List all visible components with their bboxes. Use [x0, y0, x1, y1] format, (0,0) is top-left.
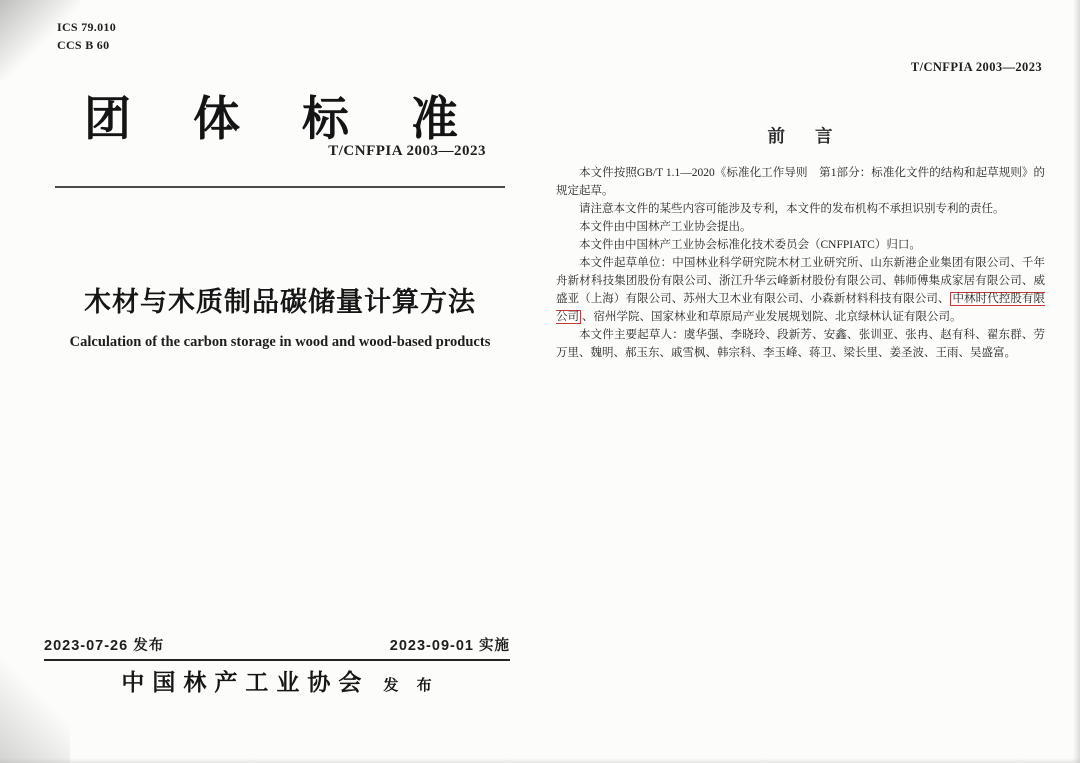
publisher-name: 中国林产工业协会: [121, 669, 369, 695]
ics-code: ICS 79.010: [57, 20, 116, 35]
scan-shadow-right-edge: [1073, 0, 1080, 763]
implementation-date: 2023-09-01 实施: [390, 634, 510, 655]
publisher-row: 中国林产工业协会发 布: [55, 664, 505, 697]
standard-number-cover: T/CNFPIA 2003—2023: [260, 143, 486, 160]
foreword-para-proposed-by: 本文件由中国林产工业协会提出。: [556, 218, 1045, 236]
foreword-para-main-drafters: 本文件主要起草人：虞华强、李晓玲、段新芳、安鑫、张训亚、张冉、赵有科、翟东群、劳…: [556, 326, 1045, 362]
ccs-code: CCS B 60: [57, 38, 109, 53]
scan-shadow-bottom-edge: [0, 758, 1080, 763]
foreword-heading: 前言: [555, 123, 1045, 148]
drafting-units-after: 、宿州学院、国家林业和草原局产业发展规划院、北京绿林认证有限公司。: [582, 311, 962, 323]
cover-divider-rule: [55, 186, 505, 188]
foreword-para-drafting-units: 本文件起草单位：中国林业科学研究院木材工业研究所、山东新港企业集团有限公司、千年…: [556, 254, 1045, 326]
standard-title-english: Calculation of the carbon storage in woo…: [28, 334, 532, 351]
foreword-body: 本文件按照GB/T 1.1—2020《标准化工作导则 第1部分：标准化文件的结构…: [556, 164, 1045, 362]
foreword-para-centralized-by: 本文件由中国林产工业协会标准化技术委员会（CNFPIATC）归口。: [556, 236, 1045, 254]
standard-title-chinese: 木材与木质制品碳储量计算方法: [55, 280, 505, 319]
issue-date: 2023-07-26 发布: [44, 634, 164, 655]
page-header-standard-number: T/CNFPIA 2003—2023: [800, 60, 1042, 75]
dates-row: 2023-07-26 发布 2023-09-01 实施: [44, 634, 510, 661]
foreword-para-patent-notice: 请注意本文件的某些内容可能涉及专利，本文件的发布机构不承担识别专利的责任。: [556, 200, 1045, 218]
scanned-standard-document: ICS 79.010 CCS B 60 团体标准 T/CNFPIA 2003—2…: [0, 0, 1080, 763]
document-type-title: 团体标准: [84, 82, 520, 149]
foreword-para-drafting-basis: 本文件按照GB/T 1.1—2020《标准化工作导则 第1部分：标准化文件的结构…: [556, 164, 1045, 200]
publish-label: 发 布: [383, 677, 438, 694]
